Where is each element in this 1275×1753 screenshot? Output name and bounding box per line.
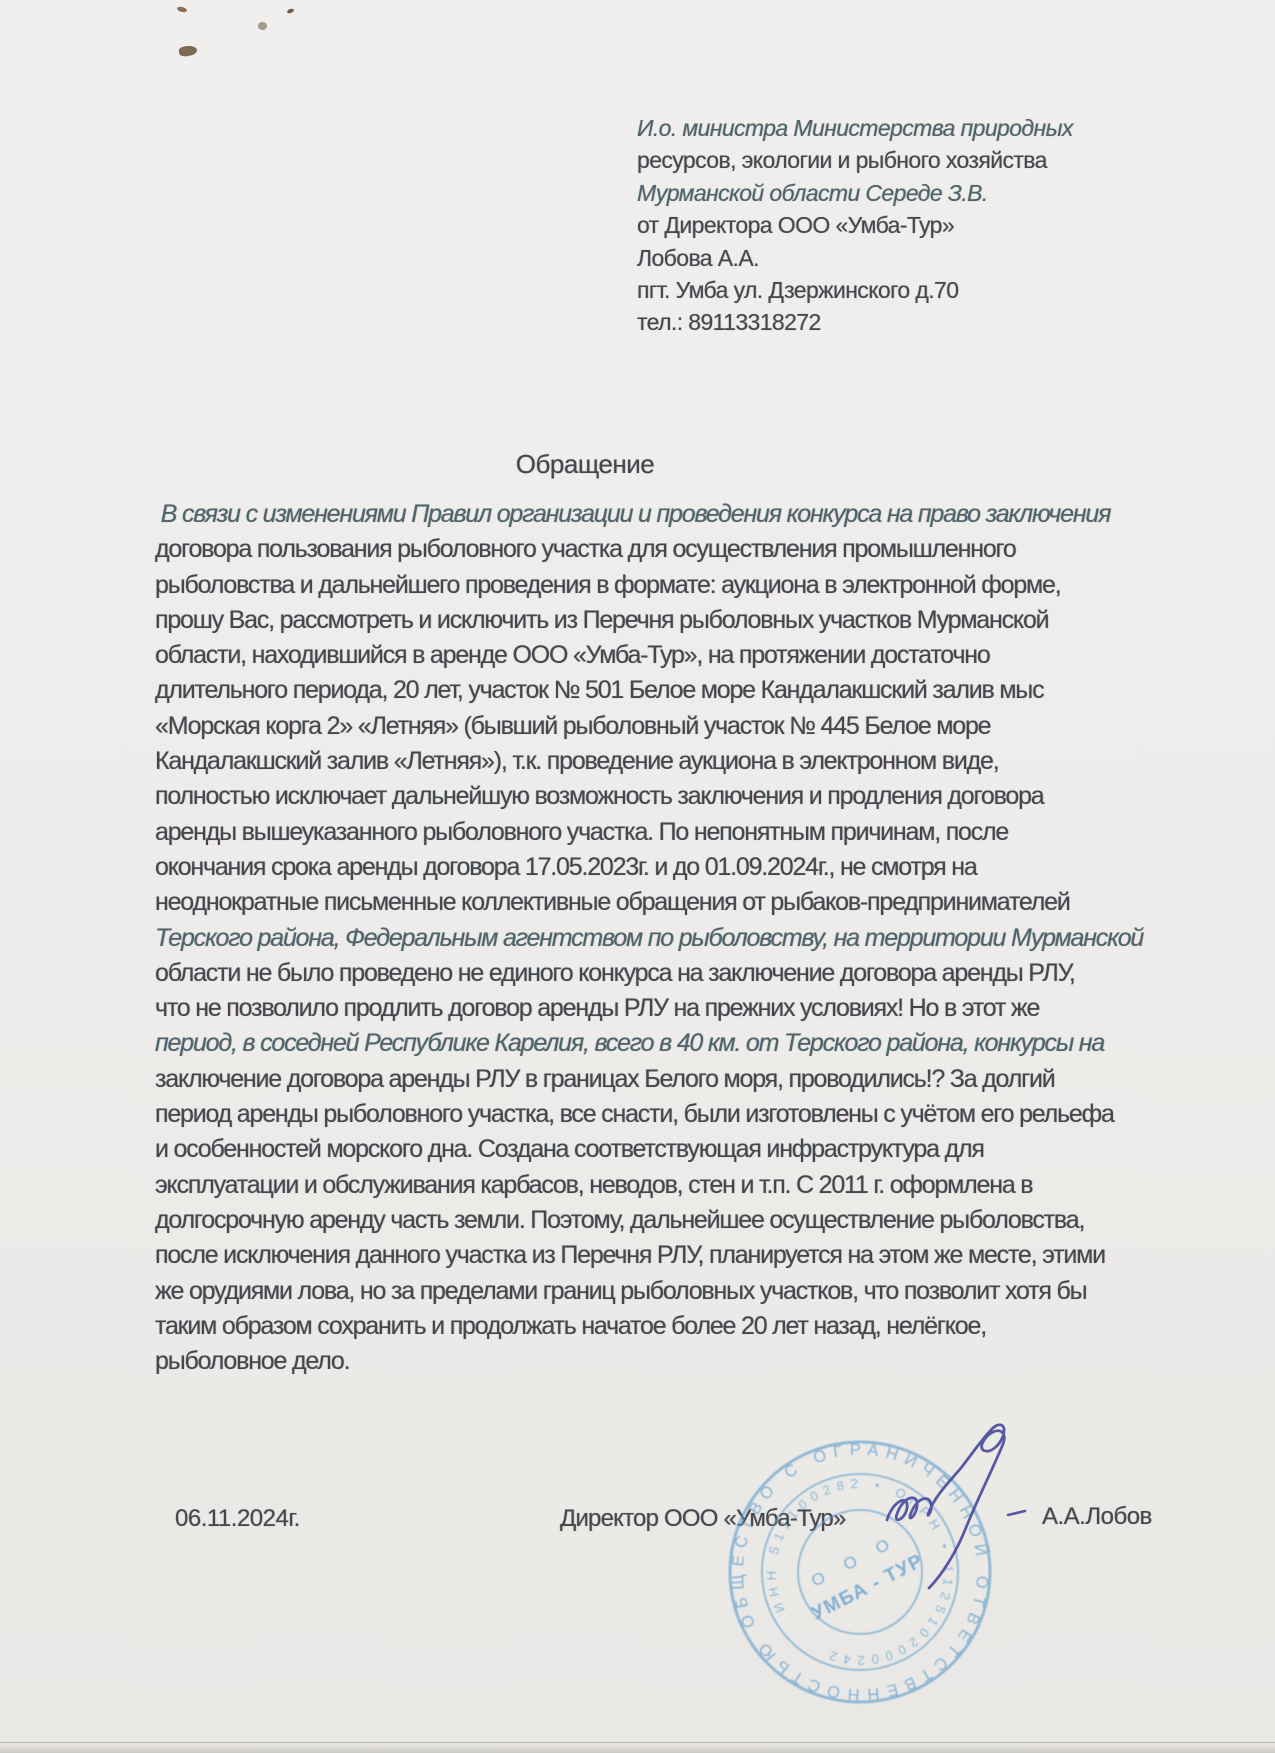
recipient-line: И.о. министра Министерства природных bbox=[637, 112, 1073, 144]
body-line: Терского района, Федеральным агентством … bbox=[155, 921, 1143, 956]
recipient-line: от Директора ООО «Умба-Тур» bbox=[637, 209, 1073, 241]
recipient-line: тел.: 89113318272 bbox=[637, 306, 1073, 338]
paper-speck bbox=[287, 8, 295, 14]
body-line: договора пользования рыболовного участка… bbox=[155, 532, 1143, 567]
body-line: период, в соседней Республике Карелия, в… bbox=[155, 1026, 1143, 1061]
body-line: В связи с изменениями Правил организации… bbox=[155, 497, 1143, 532]
paper-speck bbox=[178, 45, 197, 57]
body-line: рыболовное дело. bbox=[155, 1344, 1143, 1379]
body-line: таким образом сохранить и продолжать нач… bbox=[155, 1309, 1143, 1344]
body-line: период аренды рыболовного участка, все с… bbox=[155, 1097, 1143, 1132]
paper-speck bbox=[258, 22, 267, 30]
recipient-line: Мурманской области Середе З.В. bbox=[637, 177, 1073, 209]
paper-speck bbox=[177, 6, 188, 13]
body-line: долгосрочную аренду часть земли. Поэтому… bbox=[155, 1203, 1143, 1238]
body-line: аренды вышеуказанного рыболовного участк… bbox=[155, 815, 1143, 850]
body-line: же орудиями лова, но за пределами границ… bbox=[155, 1274, 1143, 1309]
recipient-line: ресурсов, экологии и рыбного хозяйства bbox=[637, 144, 1073, 176]
body-line: «Морская корга 2» «Летняя» (бывший рыбол… bbox=[155, 709, 1143, 744]
signer-name: А.А.Лобов bbox=[1042, 1503, 1152, 1531]
letter-title: Обращение bbox=[0, 449, 1170, 480]
letter-date: 06.11.2024г. bbox=[175, 1505, 300, 1533]
scanned-letter-page: И.о. министра Министерства природных рес… bbox=[0, 0, 1275, 1753]
letter-body: В связи с изменениями Правил организации… bbox=[155, 497, 1143, 1379]
body-line: области не было проведено не единого кон… bbox=[155, 956, 1143, 991]
body-line: что не позволило продлить договор аренды… bbox=[155, 991, 1143, 1026]
signature-graphic bbox=[865, 1408, 1035, 1608]
handwritten-signature bbox=[865, 1408, 1035, 1608]
scan-bottom-edge bbox=[0, 1742, 1275, 1753]
body-line: заключение договора аренды РЛУ в граница… bbox=[155, 1062, 1143, 1097]
body-line: области, находившийся в аренде ООО «Умба… bbox=[155, 638, 1143, 673]
body-line: Кандалакшский залив «Летняя»), т.к. пров… bbox=[155, 744, 1143, 779]
body-line: длительного периода, 20 лет, участок № 5… bbox=[155, 673, 1143, 708]
body-line: и особенностей морского дна. Создана соо… bbox=[155, 1132, 1143, 1167]
recipient-block: И.о. министра Министерства природных рес… bbox=[637, 112, 1073, 339]
signature-dash bbox=[1008, 1511, 1025, 1515]
recipient-line: Лобова А.А. bbox=[637, 242, 1073, 274]
body-line: полностью исключает дальнейшую возможнос… bbox=[155, 779, 1143, 814]
body-line: неоднократные письменные коллективные об… bbox=[155, 885, 1143, 920]
body-line: рыболовства и дальнейшего проведения в ф… bbox=[155, 568, 1143, 603]
body-line: прошу Вас, рассмотреть и исключить из Пе… bbox=[155, 603, 1143, 638]
recipient-line: пгт. Умба ул. Дзержинского д.70 bbox=[637, 274, 1073, 306]
body-line: после исключения данного участка из Пере… bbox=[155, 1238, 1143, 1273]
body-line: эксплуатации и обслуживания карбасов, не… bbox=[155, 1168, 1143, 1203]
body-line: окончания срока аренды договора 17.05.20… bbox=[155, 850, 1143, 885]
signature-stroke bbox=[887, 1425, 1004, 1588]
